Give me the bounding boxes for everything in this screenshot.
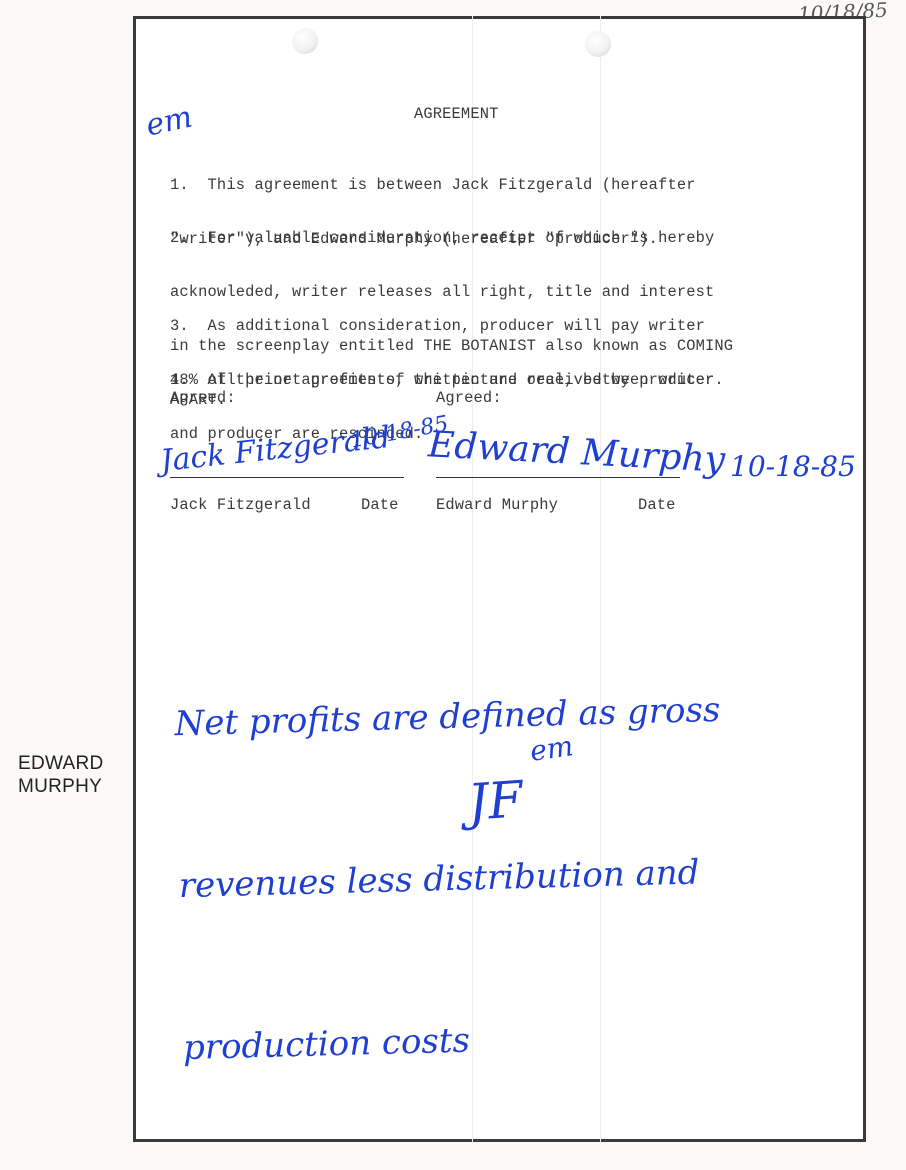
punch-hole bbox=[292, 28, 318, 54]
punch-hole bbox=[585, 31, 611, 57]
handwritten-note: Net profits are defined as gross revenue… bbox=[171, 575, 731, 1129]
paragraph-line: 2. For valuable consideration, receipt o… bbox=[170, 229, 733, 247]
document-title: AGREEMENT bbox=[414, 105, 498, 123]
handwritten-date-right: 10-18-85 bbox=[730, 450, 856, 483]
paragraph-line: 1. This agreement is between Jack Fitzge… bbox=[170, 176, 696, 194]
initials-jf-note: JF bbox=[466, 770, 525, 832]
side-label-line1: EDWARD bbox=[18, 752, 104, 775]
date-label-left: Date bbox=[361, 496, 399, 514]
note-line: revenues less distribution and bbox=[178, 845, 725, 913]
signature-line-left bbox=[170, 477, 404, 478]
initials-em-note: em bbox=[528, 729, 575, 768]
signature-line-right bbox=[436, 477, 680, 478]
name-label-left: Jack Fitzgerald bbox=[170, 496, 311, 514]
side-label: EDWARD MURPHY bbox=[18, 752, 104, 798]
note-line: production costs bbox=[182, 1007, 729, 1075]
agreed-label-left: Agreed: bbox=[170, 389, 236, 407]
paragraph-line: 4. All prior agreements, written and ora… bbox=[170, 371, 714, 389]
note-line: Net profits are defined as gross bbox=[174, 683, 721, 751]
date-label-right: Date bbox=[638, 496, 676, 514]
agreed-label-right: Agreed: bbox=[436, 389, 502, 407]
name-label-right: Edward Murphy bbox=[436, 496, 558, 514]
paragraph-line: 3. As additional consideration, producer… bbox=[170, 317, 724, 335]
side-label-line2: MURPHY bbox=[18, 775, 104, 798]
